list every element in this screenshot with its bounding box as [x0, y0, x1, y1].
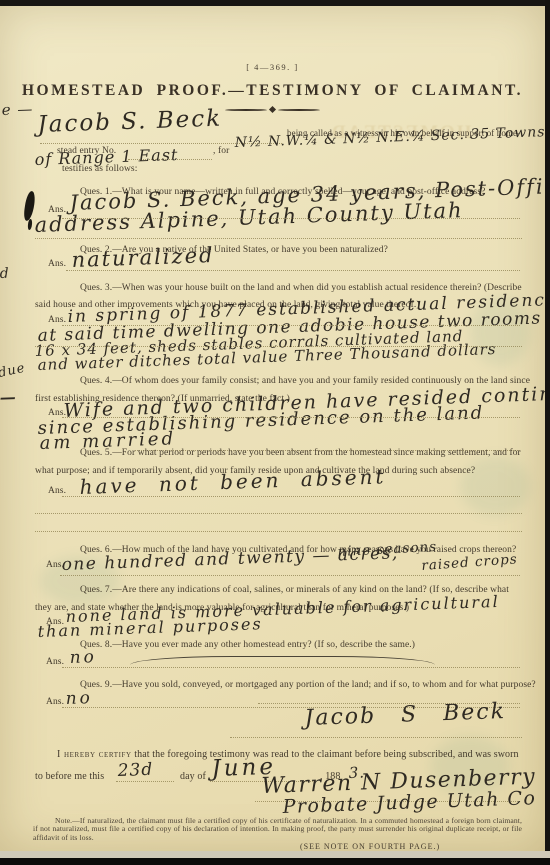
dotted-rule: [62, 416, 520, 418]
intro-print-line3: testifies as follows:: [62, 164, 137, 174]
dotted-rule: [62, 666, 520, 668]
form-number: [ 4—369. ]: [0, 62, 545, 72]
dotted-rule: [35, 530, 522, 532]
dotted-rule: [35, 345, 522, 347]
question-5-text: Ques. 5.—For what period or periods have…: [80, 448, 521, 458]
margin-mark: e —: [1, 100, 33, 119]
certification-line1: I hereby certify that the foregoing test…: [57, 749, 519, 760]
ornament-bar: [225, 109, 267, 111]
margin-mark: due: [0, 361, 27, 381]
answer-2-handwritten: naturalized: [71, 243, 215, 272]
margin-mark: d: [0, 266, 10, 282]
scan-edge-bottom-black: [0, 858, 550, 865]
dotted-rule: [62, 495, 520, 497]
dotted-rule: [116, 780, 174, 782]
ornament-diamond: [269, 106, 276, 113]
question-4-text: Ques. 4.—Of whom does your family consis…: [80, 376, 530, 386]
dotted-rule: [230, 736, 522, 738]
dotted-rule: [35, 512, 522, 514]
ornament-bar: [278, 109, 320, 111]
intro-print-line2b: , for: [213, 146, 229, 156]
certify-lead: I hereby certify: [57, 749, 132, 760]
question-9-text: Ques. 9.—Have you sold, conveyed, or mor…: [80, 680, 536, 690]
form-page: HOMESTEAD [ 4—369. ] HOMESTEAD PROOF.—TE…: [0, 6, 545, 851]
page-title: HOMESTEAD PROOF.—TESTIMONY OF CLAIMANT.: [0, 82, 545, 100]
certification-line2b: day of: [180, 771, 206, 782]
answer-8-handwritten: no: [69, 647, 97, 668]
answer-6-interlined: nine seasons: [337, 539, 437, 560]
handwritten-strike-line: [130, 656, 435, 665]
question-8-text: Ques. 8.—Have you ever made any other ho…: [80, 640, 415, 650]
ink-blot: [28, 219, 33, 230]
dotted-rule: [62, 217, 520, 219]
day-handwritten: 23d: [117, 760, 153, 781]
dotted-rule: [66, 269, 520, 271]
scan-edge-bottom-gray: [0, 851, 550, 858]
dotted-rule: [35, 237, 522, 239]
certify-body: that the foregoing testimony was read to…: [132, 749, 519, 760]
bleedthrough-smudge: [460, 456, 530, 516]
scan-edge-right: [545, 0, 550, 865]
dotted-rule: [60, 574, 520, 576]
claimant-name-handwritten: Jacob S. Beck: [37, 106, 222, 138]
certification-line2a: to before me this: [35, 771, 104, 782]
dotted-rule: [62, 324, 520, 326]
answer-2-label: Ans.: [48, 259, 66, 269]
margin-mark: —: [0, 387, 17, 407]
footnote-text: Note.—If naturalized, the claimant must …: [33, 817, 522, 842]
scan-edge-top: [0, 0, 550, 6]
see-note-text: (SEE NOTE ON FOURTH PAGE.): [300, 842, 440, 851]
scanned-document: HOMESTEAD [ 4—369. ] HOMESTEAD PROOF.—TE…: [0, 0, 550, 865]
question-3-text: Ques. 3.—When was your house built on th…: [80, 283, 522, 293]
